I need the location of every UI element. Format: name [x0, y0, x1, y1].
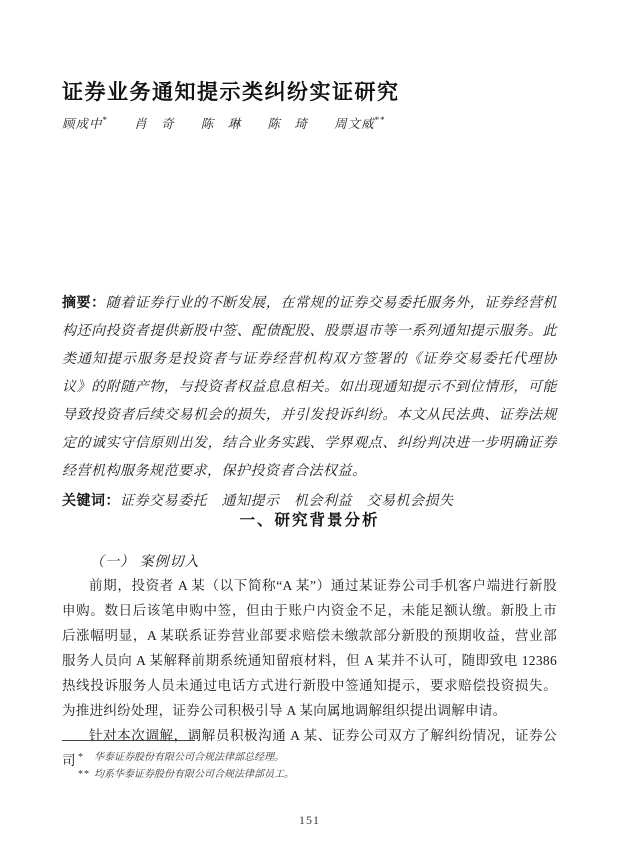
keywords-text: 证券交易委托 通知提示 机会利益 交易机会损失 — [120, 494, 454, 509]
section-heading: 一、研究背景分析 — [62, 508, 557, 530]
author-line: 顾成中* 肖 奇 陈 琳 陈 琦 周文威** — [62, 114, 557, 132]
abstract-text: 随着证券行业的不断发展，在常规的证券交易委托服务外，证券经营机构还向投资者提供新… — [62, 296, 557, 479]
author-2: 肖 奇 — [134, 117, 175, 131]
footnote-mark-1: * — [78, 749, 94, 766]
author-3: 陈 琳 — [201, 117, 242, 131]
abstract-label: 摘要： — [62, 294, 106, 310]
page-number: 151 — [0, 813, 619, 828]
article-title: 证券业务通知提示类纠纷实证研究 — [62, 76, 557, 106]
subsection-heading: （一） 案例切入 — [62, 551, 557, 571]
footnote-mark-2: ** — [78, 766, 94, 783]
author-footnote-mark: * — [103, 115, 109, 125]
author-5: 周文威** — [334, 117, 386, 131]
abstract-paragraph: 摘要：随着证券行业的不断发展，在常规的证券交易委托服务外，证券经营机构还向投资者… — [62, 288, 557, 486]
footnote-divider — [62, 740, 195, 741]
keywords-label: 关键词： — [62, 492, 120, 508]
body-paragraph-1: 前期，投资者 A 某（以下简称“A 某”）通过某证券公司手机客户端进行新股申购。… — [62, 573, 557, 723]
abstract-section: 摘要：随着证券行业的不断发展，在常规的证券交易委托服务外，证券经营机构还向投资者… — [62, 288, 557, 516]
footnote-text-1: 华泰证券股份有限公司合规法律部总经理。 — [94, 752, 284, 763]
document-page: 证券业务通知提示类纠纷实证研究 顾成中* 肖 奇 陈 琳 陈 琦 周文威** 摘… — [0, 0, 619, 856]
footnote-section: *华泰证券股份有限公司合规法律部总经理。 **均系华泰证券股份有限公司合规法律部… — [62, 740, 557, 783]
footnote-text-2: 均系华泰证券股份有限公司合规法律部员工。 — [94, 769, 294, 780]
author-footnote-mark: ** — [375, 115, 386, 125]
author-4: 陈 琦 — [267, 117, 308, 131]
footnote-2: **均系华泰证券股份有限公司合规法律部员工。 — [62, 766, 557, 783]
footnote-1: *华泰证券股份有限公司合规法律部总经理。 — [62, 749, 557, 766]
author-1: 顾成中* — [62, 117, 108, 131]
